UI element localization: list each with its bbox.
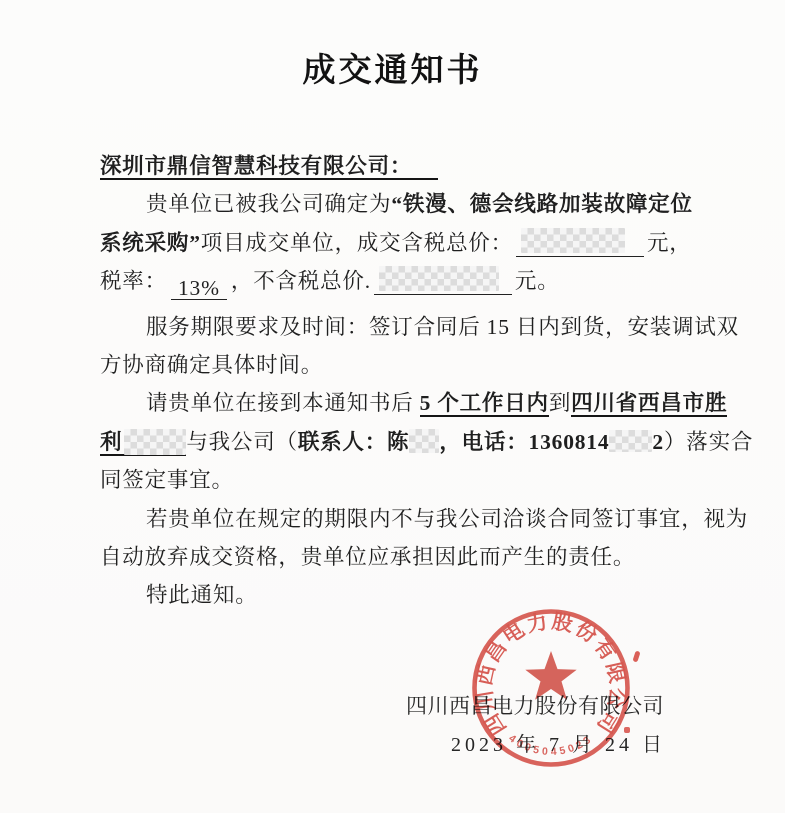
body-text: ）落实合 [664, 430, 753, 454]
company-seal: 四川西昌电力股份有限公司 4005045023 [468, 605, 634, 771]
body-text: 自动放弃成交资格，贵单位应承担因此而产生的责任。 [100, 545, 635, 569]
body-text: 元， [647, 231, 692, 255]
address-text: 利 [100, 430, 122, 454]
notice-line: 方协商确定具体时间。 [100, 346, 712, 384]
address-bold: 四川省西昌市胜 [571, 391, 727, 417]
body-text: 贵单位已被我公司确定为 [146, 192, 391, 216]
phone-bold: ，电话：1360814 [439, 430, 609, 454]
notice-line: 同签定事宜。 [100, 461, 712, 499]
body-text: 方协商确定具体时间。 [100, 353, 323, 377]
ink-speck [624, 727, 630, 733]
star-icon [525, 651, 576, 700]
price-with-tax-blank [516, 226, 644, 257]
body-text: 到 [549, 391, 571, 415]
notice-line: 请贵单位在接到本通知书后5 个工作日内到四川省西昌市胜 [100, 384, 712, 422]
body-text: 项目成交单位，成交含税总价： [201, 231, 513, 255]
seal-serial-number: 4005045023 [506, 732, 595, 758]
body-text: 元。 [515, 269, 560, 293]
notice-line: 自动放弃成交资格，贵单位应承担因此而产生的责任。 [100, 538, 712, 576]
notice-line: 服务期限要求及时间：签订合同后 15 日内到货，安装调试双 [100, 308, 712, 346]
body-text: 请贵单位在接到本通知书后 [146, 391, 414, 415]
deadline-days-bold: 5 个工作日内 [420, 391, 549, 417]
notice-line: 若贵单位在规定的期限内不与我公司洽谈合同签订事宜，视为 [100, 500, 712, 538]
project-name-bold: 系统采购” [100, 231, 201, 255]
tax-rate-value: 13% [171, 269, 227, 300]
body-text: 税率： [100, 269, 167, 293]
addressee-line: 深圳市鼎信智慧科技有限公司： [100, 147, 712, 185]
notice-line: 贵单位已被我公司确定为“铁漫、德会线路加装故障定位 [100, 185, 712, 223]
notice-line: 税率：13%，不含税总价.元。 [100, 262, 712, 300]
body-text: 服务期限要求及时间：签订合同后 15 日内到货，安装调试双 [146, 315, 739, 339]
phone-tail-digit: 2 [652, 430, 664, 454]
document-page: 成交通知书 深圳市鼎信智慧科技有限公司： 贵单位已被我公司确定为“铁漫、德会线路… [0, 0, 785, 813]
addressee-name: 深圳市鼎信智慧科技有限公司： [100, 154, 438, 180]
body-text: 与我公司（ [186, 430, 298, 454]
notice-line: 系统采购”项目成交单位，成交含税总价：元， [100, 224, 712, 262]
notice-line: 利与我公司（联系人：陈，电话：13608142）落实合 [100, 423, 712, 461]
redaction-mosaic-address [124, 429, 186, 455]
seal-graphic: 四川西昌电力股份有限公司 4005045023 [468, 605, 634, 771]
notice-body: 深圳市鼎信智慧科技有限公司： 贵单位已被我公司确定为“铁漫、德会线路加装故障定位… [100, 147, 712, 615]
redaction-mosaic-phone [609, 430, 652, 452]
redaction-mosaic-price-without-tax [379, 266, 499, 291]
body-text: ，不含税总价. [231, 269, 371, 293]
svg-text:4005045023: 4005045023 [506, 732, 595, 758]
project-name-bold: “铁漫、德会线路加装故障定位 [391, 192, 692, 216]
page-title: 成交通知书 [0, 44, 785, 91]
price-without-tax-blank [374, 264, 512, 295]
body-text: 若贵单位在规定的期限内不与我公司洽谈合同签订事宜，视为 [146, 507, 748, 531]
body-text: 特此通知。 [146, 583, 258, 607]
body-text: 同签定事宜。 [100, 468, 234, 492]
contact-person-bold: 联系人：陈 [298, 430, 410, 454]
address-bold: 利 [100, 430, 186, 456]
redaction-mosaic-price-with-tax [521, 228, 625, 253]
redaction-mosaic-contact-name [409, 429, 439, 453]
